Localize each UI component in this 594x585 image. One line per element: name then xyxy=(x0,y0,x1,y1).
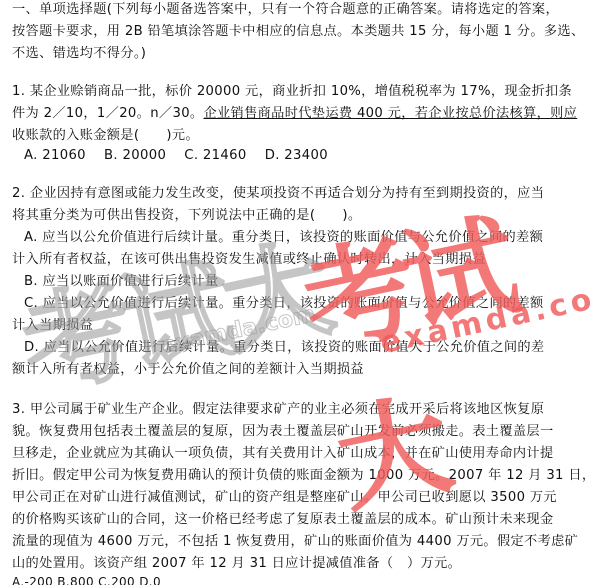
section-title-line-1: 一、单项选择题(下列每小题备选答案中，只有一个符合题意的正确答案。请将选定的答案… xyxy=(12,2,559,18)
question-3-line-6: 的价格购买该矿山的合同，这一价格已经考虑了复原表土覆盖层的成本。矿山预计未来现金 xyxy=(12,512,554,528)
question-2-line-1: 2. 企业因持有意图或能力发生改变，使某项投资不再适合划分为持有至到期投资的，应… xyxy=(12,186,544,202)
question-3-line-4: 折旧。假定甲公司为恢复费用确认的预计负债的账面金额为 1000 万元。2007 … xyxy=(12,468,594,484)
question-2-option-c-line-2: 计入当期损益 xyxy=(12,318,93,334)
question-2-option-d-line-2: 额计入所有者权益，小于公允价值之间的差额计入当期损益 xyxy=(12,362,364,378)
question-3-line-2: 貌。恢复费用包括表土覆盖层的复原，因为表土覆盖层矿山开发前必须搬走。表土覆盖层一 xyxy=(12,424,554,440)
question-1-line-3: 收账款的入账金额是( )元。 xyxy=(12,128,199,144)
question-2-option-b: B. 应当以账面价值进行后续计量 xyxy=(24,274,218,290)
question-2-option-a-line-1: A. 应当以公允价值进行后续计量。重分类日，该投资的账面价值与公允价值之间的差额 xyxy=(24,230,543,246)
section-title-line-3: 不选、错选均不得分。) xyxy=(12,46,146,62)
question-3-line-1: 3. 甲公司属于矿业生产企业。假定法律要求矿产的业主必须在完成开采后将该地区恢复… xyxy=(12,402,544,418)
question-3-options: A.-200 B.800 C.200 D.0 xyxy=(12,574,161,585)
question-1-line-1: 1. 某企业赊销商品一批，标价 20000 元，商业折扣 10%，增值税税率为 … xyxy=(12,84,572,100)
question-1-line-2: 件为 2／10，1／20。n／30。企业销售商品时代垫运费 400 元，若企业按… xyxy=(12,106,577,122)
question-3-line-8: 山的处置用。该资产组 2007 年 12 月 31 日应计提减值准备（ ）万元。 xyxy=(12,556,461,572)
question-3-line-7: 流量的现值为 4600 万元，不包括 1 恢复费用，矿山的账面价值为 4400 … xyxy=(12,534,578,550)
question-3-line-5: 甲公司正在对矿山进行减值测试，矿山的资产组是整座矿山。甲公司已收到愿以 3500… xyxy=(12,490,557,506)
question-2-option-d-line-1: D. 应当以公允价值进行后续计量。重分类日，该投资的账面价值大于公允价值之间的差 xyxy=(24,340,544,356)
question-2-line-2: 将其重分类为可供出售投资，下列说法中正确的是( )。 xyxy=(12,208,361,224)
question-1-options: A. 21060 B. 20000 C. 21460 D. 23400 xyxy=(24,148,328,164)
question-3-line-3: 旦移走，企业就应为其确认一项负债，其有关费用计入矿山成本，并在矿山使用寿命内计提 xyxy=(12,446,554,462)
question-2-option-a-line-2: 计入所有者权益，在该可供出售投资发生减值或终止确认时转出，计入当期损益 xyxy=(12,252,486,268)
question-1-line-2b: 企业销售商品时代垫运费 400 元，若企业按总价法核算，则应 xyxy=(203,106,577,121)
question-1-line-2a: 件为 2／10，1／20。n／30。 xyxy=(12,106,203,121)
question-2-option-c-line-1: C. 应当以公允价值进行后续计量。重分类日，该投资的账面价值与公允价值之间的差额 xyxy=(24,296,544,312)
section-title-line-2: 按答题卡要求，用 2B 铅笔填涂答题卡中相应的信息点。本类题共 15 分，每小题… xyxy=(12,24,585,40)
